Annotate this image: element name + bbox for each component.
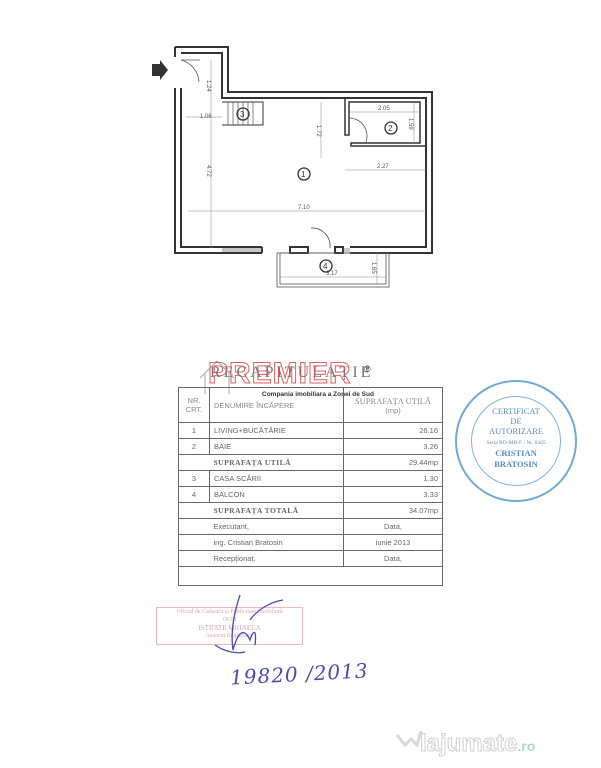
dim-entry-height: 1.24 [205, 80, 211, 92]
room-3-label: 3 [240, 110, 245, 119]
table-row: 2 BAIE 3.26 [179, 439, 443, 455]
entry-arrow-icon [152, 60, 168, 80]
dim-corridor-height: 1.72 [315, 125, 321, 137]
premier-watermark: PREMIER [208, 357, 352, 391]
table-header-row: NR. CRT. DENUMIRE ÎNCĂPERE SUPRAFAȚA UTI… [179, 388, 443, 423]
dim-total-width: 7.10 [298, 205, 310, 211]
signature-mark [195, 590, 285, 670]
registered-mark: ® [364, 364, 371, 374]
header-name: DENUMIRE ÎNCĂPERE [210, 388, 344, 423]
empty-row [179, 567, 443, 586]
room-2-label: 2 [388, 124, 393, 133]
table-row: 3 CASA SCĂRII 1.30 [179, 471, 443, 487]
table-row: 4 BALCON 3.33 [179, 487, 443, 503]
certificate-stamp: CERTIFICAT DE AUTORIZARE Seria RO-MB-F /… [455, 380, 577, 502]
signature-row: Executant, Data, [179, 519, 443, 535]
room-4-label: 4 [323, 262, 328, 271]
header-area: SUPRAFAȚA UTILĂ (mp) [344, 388, 443, 423]
total-row: SUPRAFAȚA TOTALĂ 34.07mp [179, 503, 443, 519]
header-nr: NR. CRT. [179, 388, 210, 423]
signature-row: ing. Cristian Bratosin iunie 2013 [179, 535, 443, 551]
floor-plan: 1.06 1.24 4.72 2.05 1.59 1.72 2.27 7.10 … [0, 0, 601, 320]
dim-bath-height: 1.59 [407, 118, 413, 130]
subtotal-row: SUPRAFAȚA UTILĂ 29.44mp [179, 455, 443, 471]
table-row: 1 LIVING+BUCĂTĂRIE 26.16 [179, 423, 443, 439]
dim-lower-width: 2.27 [377, 164, 389, 170]
lajumate-watermark: lajumate.ro [420, 730, 535, 758]
dim-left-height: 4.72 [205, 165, 211, 177]
recap-table: NR. CRT. DENUMIRE ÎNCĂPERE SUPRAFAȚA UTI… [178, 387, 443, 586]
dim-left-offset: 1.06 [200, 114, 212, 120]
dim-balcony-depth: 1.65 [370, 262, 376, 274]
dim-bath-width: 2.05 [378, 106, 390, 112]
room-1-label: 1 [301, 170, 306, 179]
lajumate-logo-icon [395, 727, 423, 749]
signature-row: Recepționat, Data, [179, 551, 443, 567]
